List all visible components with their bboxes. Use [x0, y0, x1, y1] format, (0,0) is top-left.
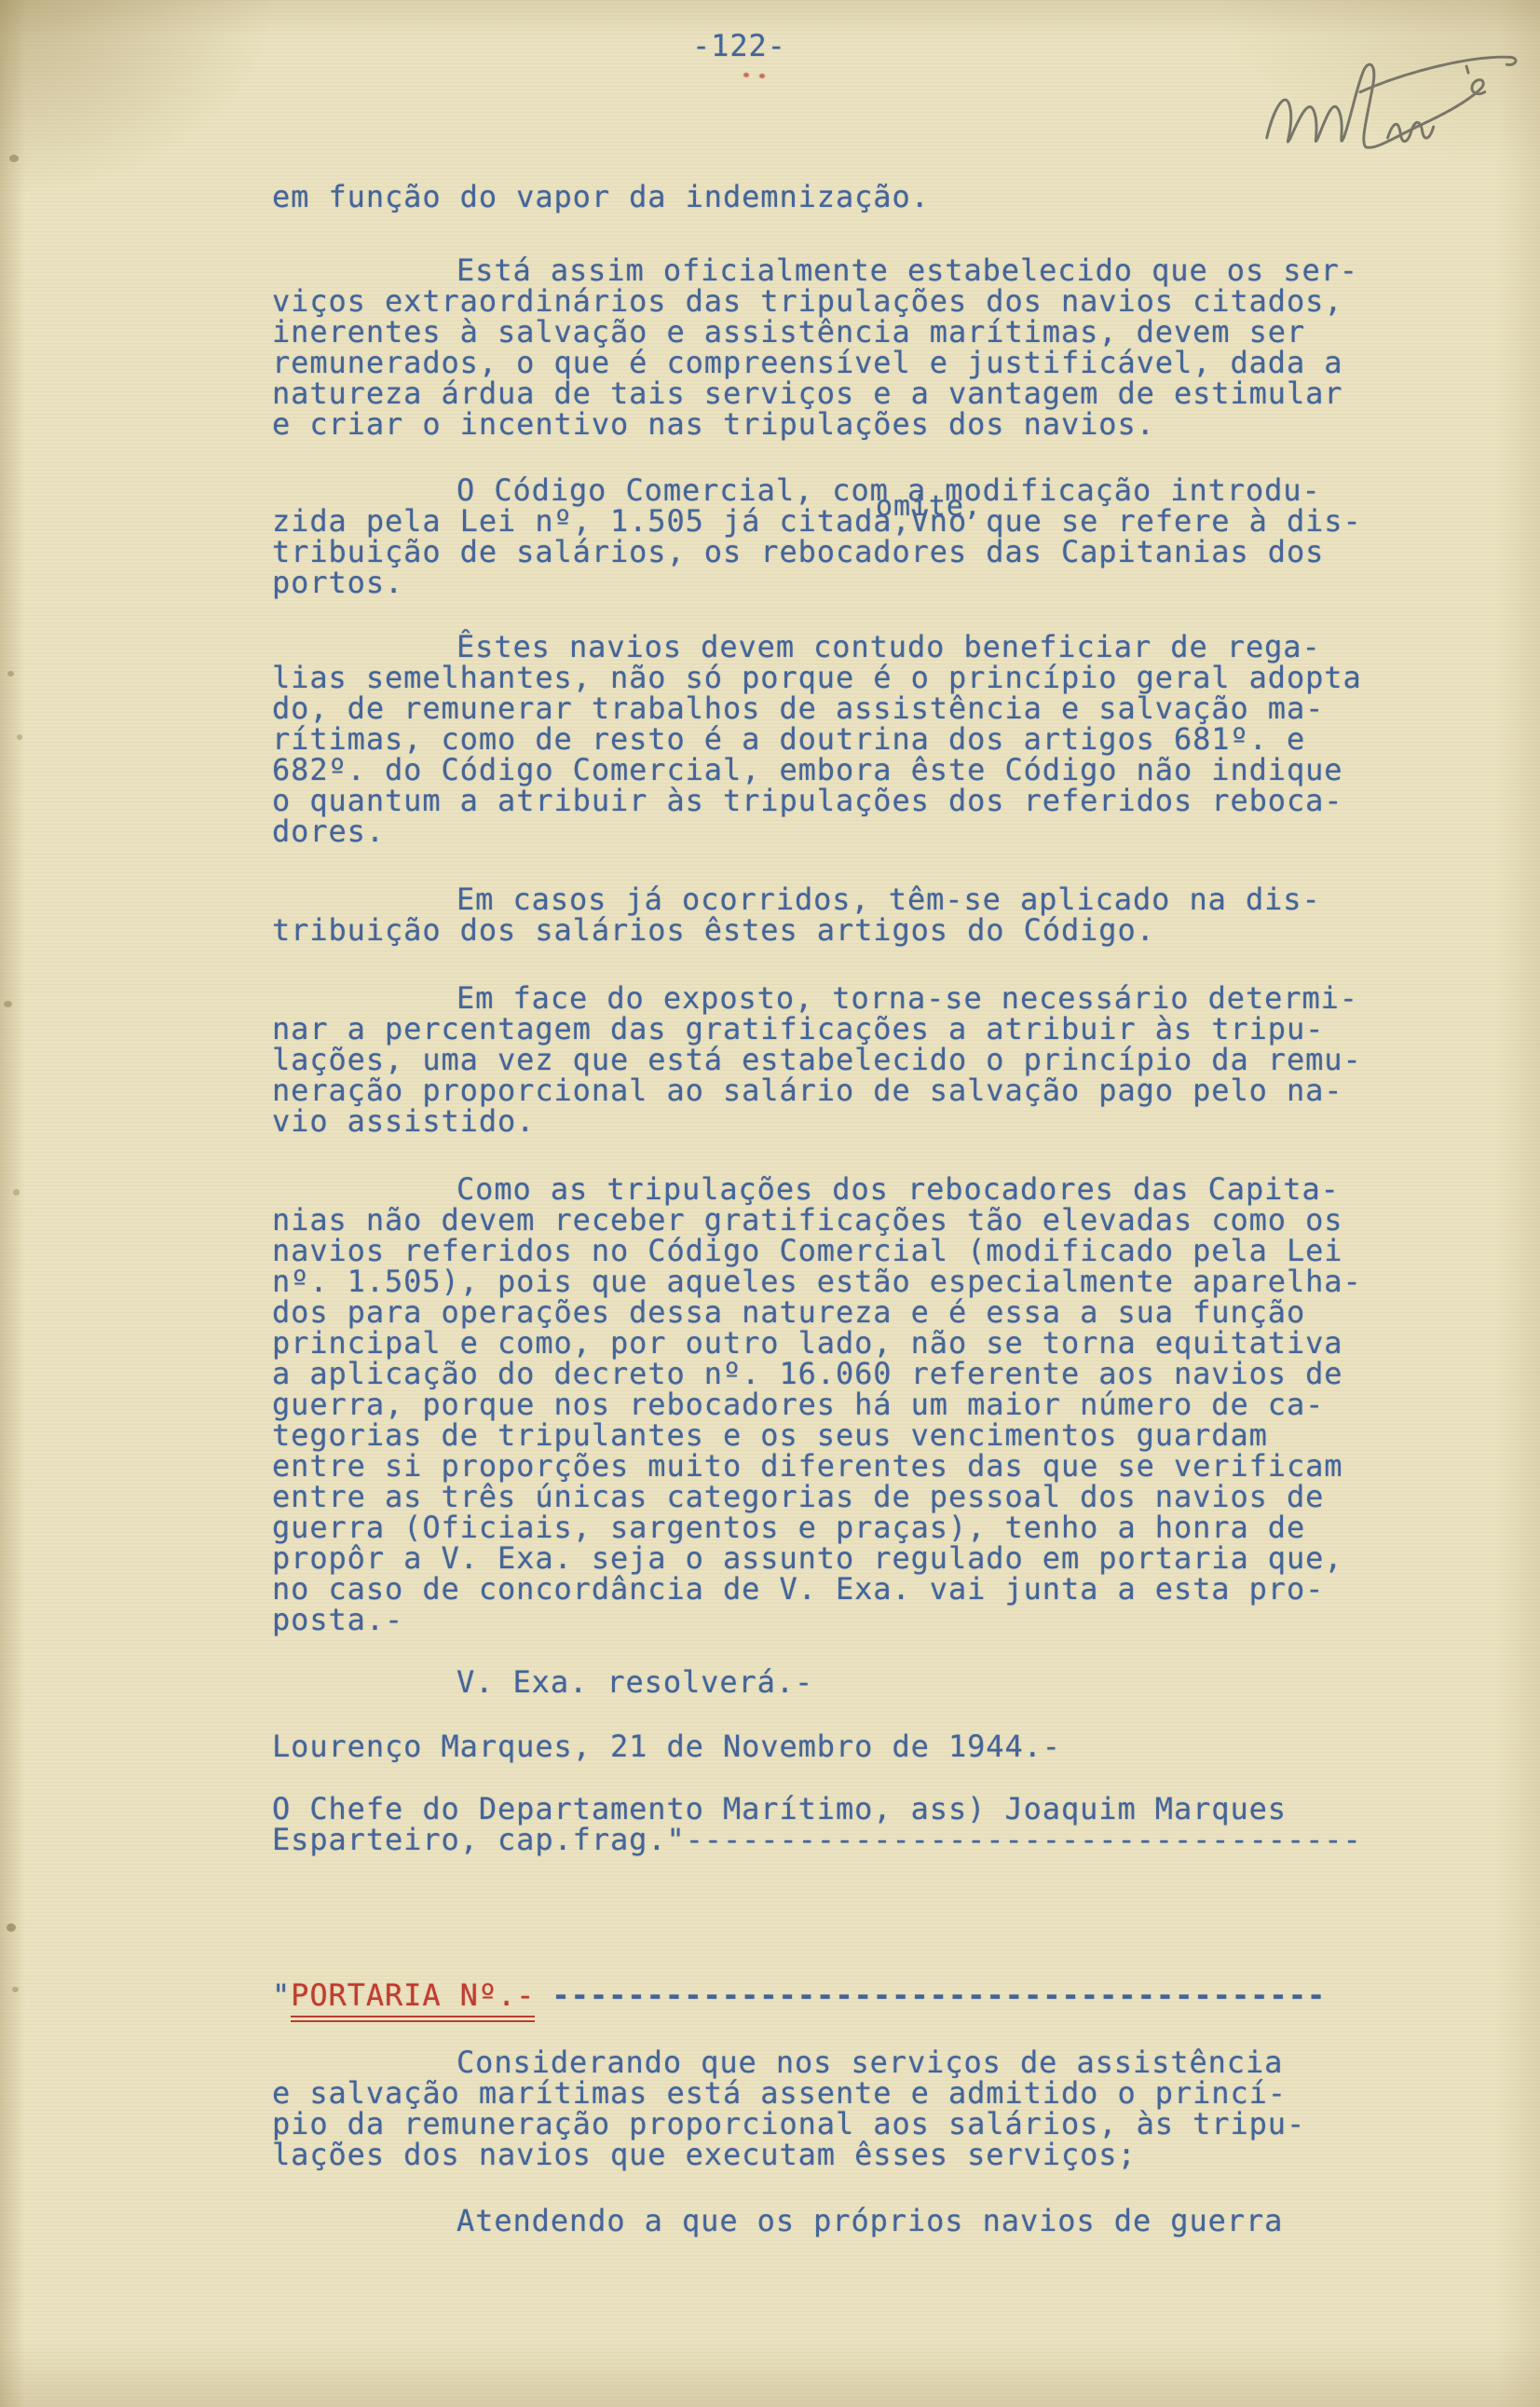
text-line: entre as três únicas categorias de pesso…: [272, 1482, 1428, 1512]
paper-blemish: [9, 155, 19, 162]
para-atendendo: Atendendo a que os próprios navios de gu…: [272, 2206, 1428, 2236]
text-line: navios referidos no Código Comercial (mo…: [272, 1236, 1428, 1266]
text-line: Atendendo a que os próprios navios de gu…: [272, 2206, 1428, 2236]
para-esta-assim: Está assim oficialmente estabelecido que…: [272, 255, 1428, 440]
text-line: Em casos já ocorridos, têm-se aplicado n…: [272, 884, 1428, 915]
interline-insertion: omite,: [876, 490, 982, 523]
portaria-heading: "PORTARIA Nº.---------------------------…: [272, 1980, 1428, 2017]
text-line: Lourenço Marques, 21 de Novembro de 1944…: [272, 1731, 1428, 1762]
text-line: em função do vapor da indemnização.: [272, 182, 1428, 212]
text-line: O Código Comercial, com a modificação in…: [272, 475, 1428, 506]
text-line: posta.-: [272, 1605, 1428, 1635]
text-line: remunerados, o que é compreensível e jus…: [272, 348, 1428, 378]
paper-blemish: [17, 734, 22, 740]
handwritten-signature-icon: [1250, 32, 1525, 176]
text-line: natureza árdua de tais serviços e a vant…: [272, 378, 1428, 409]
text-line: entre si proporções muito diferentes das…: [272, 1451, 1428, 1482]
text-line: portos.: [272, 568, 1428, 598]
text-line: no caso de concordância de V. Exa. vai j…: [272, 1574, 1428, 1605]
text-line: tegorias de tripulantes e os seus vencim…: [272, 1420, 1428, 1451]
text-line: a aplicação do decreto nº. 16.060 refere…: [272, 1359, 1428, 1389]
para-vapor: em função do vapor da indemnização.: [272, 182, 1428, 212]
text-line: e criar o incentivo nas tripulações dos …: [272, 409, 1428, 440]
text-line: nº. 1.505), pois que aqueles estão espec…: [272, 1266, 1428, 1297]
text-line: nar a percentagem das gratificações a at…: [272, 1014, 1428, 1045]
para-considerando: Considerando que nos serviços de assistê…: [272, 2047, 1428, 2170]
para-em-casos: Em casos já ocorridos, têm-se aplicado n…: [272, 884, 1428, 946]
text-line: dos para operações dessa natureza e é es…: [272, 1297, 1428, 1328]
red-ink-dot: [759, 74, 765, 78]
text-line: principal e como, por outro lado, não se…: [272, 1328, 1428, 1359]
text-line: tribuição dos salários êstes artigos do …: [272, 915, 1428, 946]
para-estes-navios: Êstes navios devem contudo beneficiar de…: [272, 632, 1428, 847]
dashed-rule: ----------------------------------------…: [552, 1977, 1326, 2013]
text-line: Em face do exposto, torna-se necessário …: [272, 983, 1428, 1014]
paper-blemish: [4, 1001, 12, 1007]
text-line: dores.: [272, 816, 1428, 847]
para-date-line: Lourenço Marques, 21 de Novembro de 1944…: [272, 1731, 1428, 1762]
para-codigo-comercial: O Código Comercial, com a modificação in…: [272, 475, 1428, 598]
text-line: vio assistido.: [272, 1106, 1428, 1137]
text-line: zida pela Lei nº, 1.505 já citada,Vno qu…: [272, 506, 1428, 537]
text-line: propôr a V. Exa. seja o assunto regulado…: [272, 1543, 1428, 1574]
quote-mark: ": [272, 1977, 291, 2013]
text-line: O Chefe do Departamento Marítimo, ass) J…: [272, 1794, 1428, 1825]
text-line: guerra, porque nos rebocadores há um mai…: [272, 1389, 1428, 1420]
text-line: guerra (Oficiais, sargentos e praças), t…: [272, 1512, 1428, 1543]
text-line: tribuição de salários, os rebocadores da…: [272, 537, 1428, 568]
scanned-document-page: -122- omite, em função do vapor da indem…: [0, 0, 1540, 2407]
page-number: -122-: [692, 28, 786, 63]
text-line: rítimas, como de resto é a doutrina dos …: [272, 724, 1428, 755]
text-line: Esparteiro, cap.frag."------------------…: [272, 1825, 1428, 1855]
text-line: lias semelhantes, não só porque é o prin…: [272, 663, 1428, 693]
red-ink-dot: [743, 73, 749, 77]
para-como-as-tripulacoes: Como as tripulações dos rebocadores das …: [272, 1174, 1428, 1635]
text-line: pio da remuneração proporcional aos salá…: [272, 2109, 1428, 2140]
text-line: inerentes à salvação e assistência marít…: [272, 317, 1428, 348]
text-line: nias não devem receber gratificações tão…: [272, 1205, 1428, 1236]
text-line: Está assim oficialmente estabelecido que…: [272, 255, 1428, 286]
text-line: Considerando que nos serviços de assistê…: [272, 2047, 1428, 2078]
text-line: neração proporcional ao salário de salva…: [272, 1075, 1428, 1106]
text-line: e salvação marítimas está assente e admi…: [272, 2078, 1428, 2109]
text-line: 682º. do Código Comercial, embora êste C…: [272, 755, 1428, 786]
paper-blemish: [7, 1923, 16, 1932]
para-resolvera: V. Exa. resolverá.-: [272, 1667, 1428, 1698]
text-line: Êstes navios devem contudo beneficiar de…: [272, 632, 1428, 663]
paper-blemish: [13, 1189, 20, 1196]
portaria-title: PORTARIA Nº.-: [291, 1977, 535, 2022]
para-em-face: Em face do exposto, torna-se necessário …: [272, 983, 1428, 1137]
text-line: Como as tripulações dos rebocadores das …: [272, 1174, 1428, 1205]
para-assinatura-chefe: O Chefe do Departamento Marítimo, ass) J…: [272, 1794, 1428, 1855]
paper-blemish: [12, 1987, 19, 1992]
text-line: V. Exa. resolverá.-: [272, 1667, 1428, 1698]
text-line: do, de remunerar trabalhos de assistênci…: [272, 693, 1428, 724]
text-line: lações, uma vez que está estabelecido o …: [272, 1045, 1428, 1075]
document-body: em função do vapor da indemnização.Está …: [272, 182, 1428, 2236]
text-line: lações dos navios que executam êsses ser…: [272, 2140, 1428, 2170]
paper-blemish: [7, 671, 14, 677]
text-line: o quantum a atribuir às tripulações dos …: [272, 786, 1428, 816]
text-line: viços extraordinários das tripulações do…: [272, 286, 1428, 317]
